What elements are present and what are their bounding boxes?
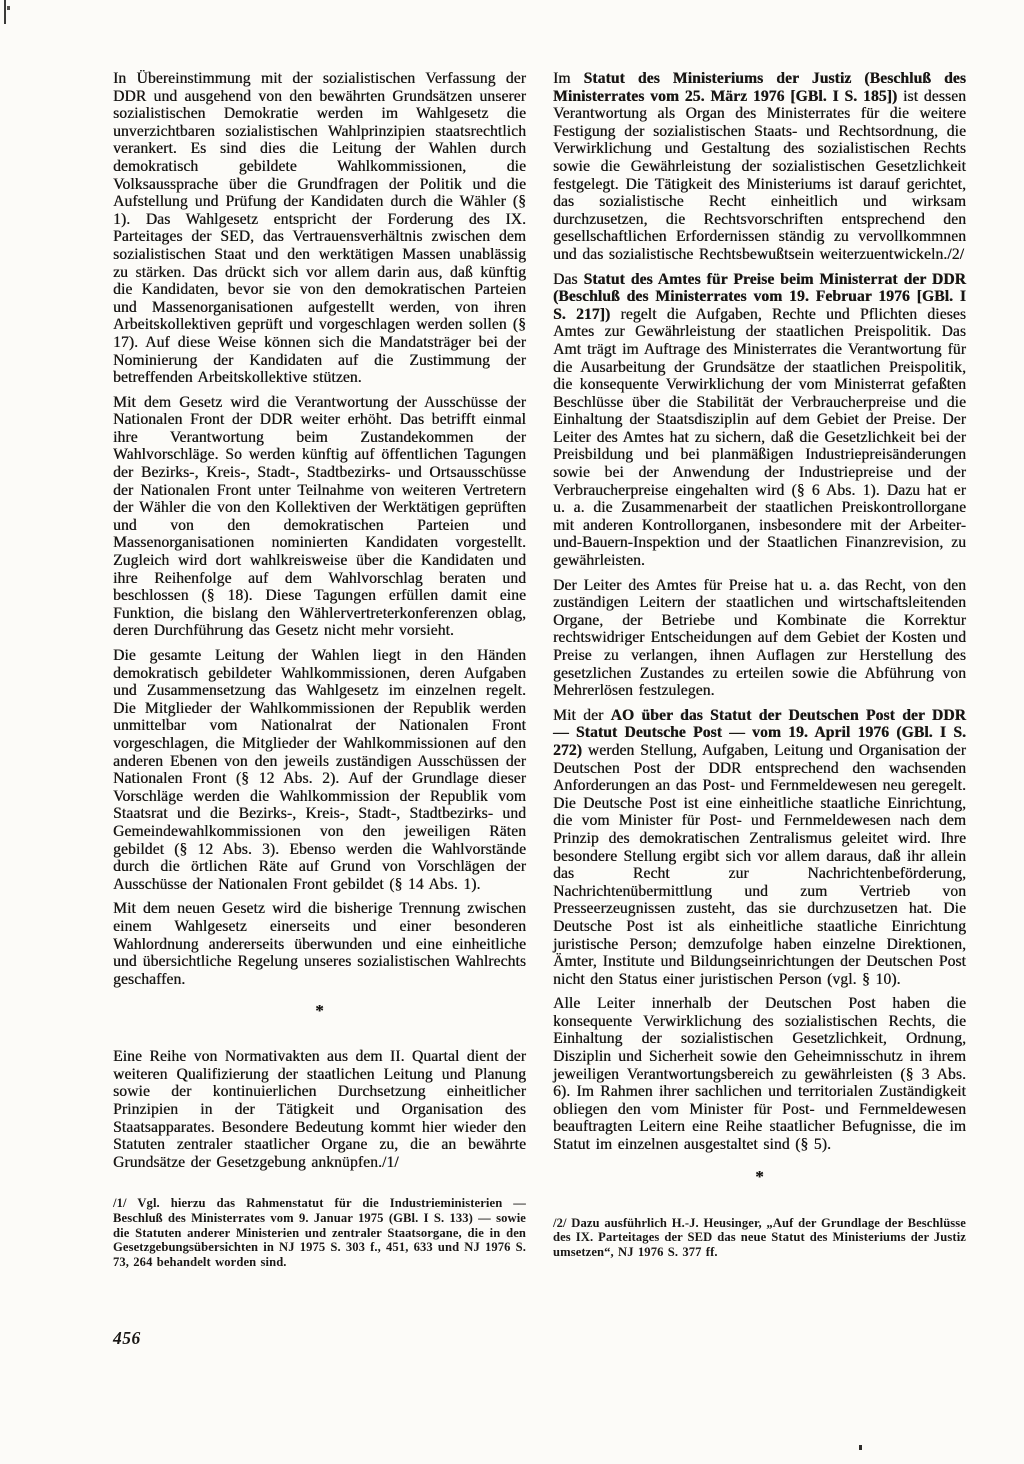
section-separator-star: *: [113, 1004, 526, 1018]
page-number: 456: [113, 1328, 141, 1349]
journal-page: In Übereinstimmung mit der sozialistisch…: [0, 0, 1024, 1464]
section-separator-star: *: [553, 1170, 966, 1184]
paragraph: Der Leiter des Amtes für Preise hat u. a…: [553, 577, 966, 700]
paragraph: In Übereinstimmung mit der sozialistisch…: [113, 70, 526, 387]
footnote-1: /1/ Vgl. hierzu das Rahmenstatut für die…: [113, 1196, 526, 1269]
paragraph-text: Im: [553, 70, 584, 87]
paragraph-text: Der Leiter des Amtes für Preise hat u. a…: [553, 577, 966, 700]
footnote-2: /2/ Dazu ausführlich H.-J. Heusinger, „A…: [553, 1216, 966, 1260]
paragraph-text: Mit der: [553, 707, 611, 724]
paragraph-text: Das: [553, 271, 583, 288]
paragraph-text: werden Stellung, Aufgaben, Leitung und O…: [553, 742, 966, 988]
paragraph: Im Statut des Ministeriums der Justiz (B…: [553, 70, 966, 264]
paragraph: Mit dem neuen Gesetz wird die bisherige …: [113, 900, 526, 988]
paragraph: Eine Reihe von Normativakten aus dem II.…: [113, 1048, 526, 1171]
paragraph-text: Alle Leiter innerhalb der Deutschen Post…: [553, 995, 966, 1153]
paragraph-text: regelt die Aufgaben, Rechte und Pflichte…: [553, 306, 966, 569]
left-column: In Übereinstimmung mit der sozialistisch…: [113, 70, 526, 1269]
paragraph-text: ist dessen Verantwortung als Organ des M…: [553, 88, 966, 263]
paragraph: Das Statut des Amtes für Preise beim Min…: [553, 271, 966, 570]
paragraph: Alle Leiter innerhalb der Deutschen Post…: [553, 995, 966, 1153]
paragraph: Mit der AO über das Statut der Deutschen…: [553, 707, 966, 989]
scan-artifact-speck: [859, 1445, 862, 1450]
paragraph: Mit dem Gesetz wird die Verantwortung de…: [113, 394, 526, 640]
scan-artifact-mark: [7, 6, 10, 10]
right-column: Im Statut des Ministeriums der Justiz (B…: [553, 70, 966, 1259]
scan-artifact-mark: [4, 0, 6, 24]
paragraph: Die gesamte Leitung der Wahlen liegt in …: [113, 647, 526, 893]
